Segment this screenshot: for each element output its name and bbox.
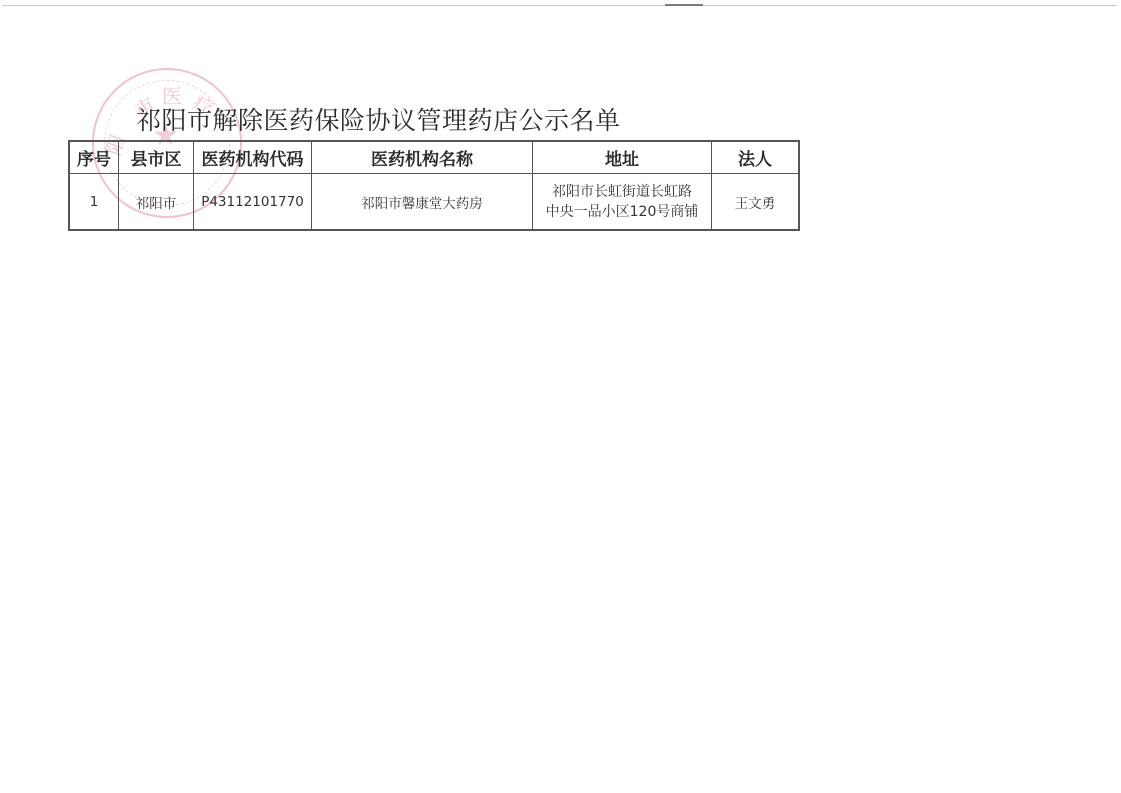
address-line-1: 祁阳市长虹街道长虹路 (533, 182, 711, 202)
cell-county: 祁阳市 (119, 174, 194, 231)
header-index: 序号 (69, 141, 119, 174)
cell-institution-name: 祁阳市馨康堂大药房 (312, 174, 533, 231)
header-institution-name: 医药机构名称 (312, 141, 533, 174)
address-line-2: 中央一品小区120号商铺 (533, 202, 711, 222)
scan-top-edge (2, 5, 1117, 6)
cell-index: 1 (69, 174, 119, 231)
cell-legal-person: 王文勇 (712, 174, 800, 231)
header-legal-person: 法人 (712, 141, 800, 174)
document-title: 祁阳市解除医药保险协议管理药店公示名单 (136, 101, 621, 137)
table-row: 1 祁阳市 P43112101770 祁阳市馨康堂大药房 祁阳市长虹街道长虹路 … (69, 174, 799, 231)
cell-address: 祁阳市长虹街道长虹路 中央一品小区120号商铺 (533, 174, 712, 231)
header-county: 县市区 (119, 141, 194, 174)
scan-edge-mark (665, 4, 703, 6)
pharmacy-roster-table: 序号 县市区 医药机构代码 医药机构名称 地址 法人 1 祁阳市 P431121… (68, 140, 800, 231)
cell-institution-code: P43112101770 (194, 174, 312, 231)
header-address: 地址 (533, 141, 712, 174)
table-header-row: 序号 县市区 医药机构代码 医药机构名称 地址 法人 (69, 141, 799, 174)
header-institution-code: 医药机构代码 (194, 141, 312, 174)
